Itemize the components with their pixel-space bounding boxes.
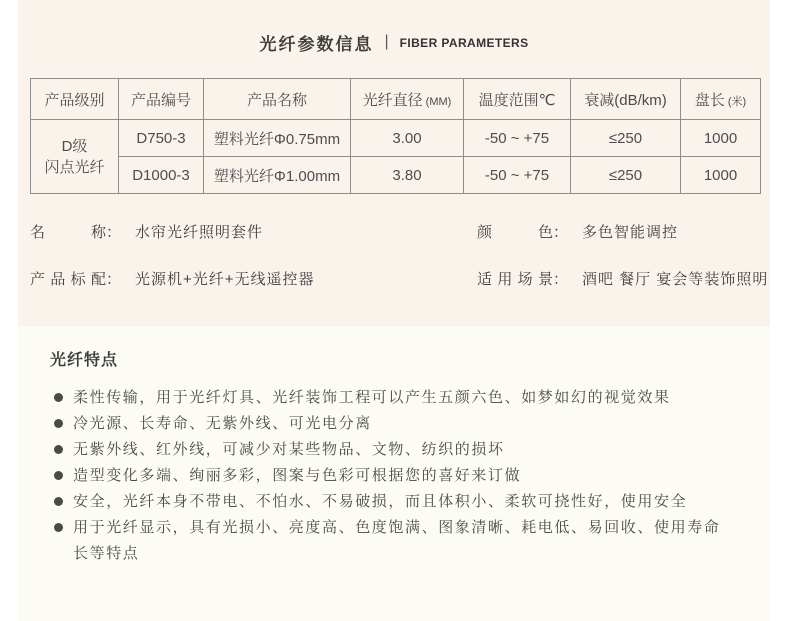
- info-scene: 适用场景：酒吧 餐厅 宴会等装饰照明: [477, 268, 770, 289]
- features-section: 光纤特点 柔性传输，用于光纤灯具、光纤装饰工程可以产生五颜六色、如梦如幻的视觉效…: [18, 326, 770, 621]
- col-header-label: 光纤直径: [363, 92, 423, 109]
- feature-item: 用于光纤显示，具有光损小、亮度高、色度饱满、图象清晰、耗电低、易回收、使用寿命长…: [50, 515, 730, 567]
- grade-line-1: D级: [31, 136, 118, 157]
- info-bundle-value: 光源机+光纤+无线遥控器: [135, 271, 315, 288]
- colon: ：: [106, 224, 121, 241]
- feature-item: 柔性传输，用于光纤灯具、光纤装饰工程可以产生五颜六色、如梦如幻的视觉效果: [50, 385, 730, 411]
- cell-temperature: -50 ~ +75: [464, 120, 571, 157]
- bullet-icon: [54, 523, 63, 532]
- bullet-icon: [54, 445, 63, 454]
- feature-text: 无紫外线、红外线，可减少对某些物品、文物、纺织的损坏: [73, 437, 505, 463]
- page-title: 光纤参数信息: [259, 30, 373, 55]
- info-color: 颜色：多色智能调控: [477, 221, 770, 242]
- cell-model: D1000-3: [119, 157, 204, 194]
- col-header-label: 盘长: [695, 92, 725, 109]
- col-header-unit: (米): [728, 96, 746, 108]
- cell-temperature: -50 ~ +75: [464, 157, 571, 194]
- features-list: 柔性传输，用于光纤灯具、光纤装饰工程可以产生五颜六色、如梦如幻的视觉效果 冷光源…: [50, 385, 730, 567]
- col-header-label: 衰减(dB/km): [584, 92, 667, 109]
- features-title: 光纤特点: [50, 347, 730, 370]
- page-header: 光纤参数信息 | FIBER PARAMETERS: [18, 0, 770, 55]
- info-name-value: 水帘光纤照明套件: [135, 224, 263, 241]
- col-header-label: 温度范围℃: [479, 92, 556, 109]
- bullet-icon: [54, 393, 63, 402]
- colon: ：: [553, 271, 568, 288]
- cell-attenuation: ≤250: [571, 120, 681, 157]
- info-scene-value: 酒吧 餐厅 宴会等装饰照明: [582, 271, 768, 288]
- cell-length: 1000: [681, 157, 761, 194]
- info-bundle-label: 产品标配: [30, 268, 106, 289]
- col-header-name: 产品名称: [204, 79, 351, 120]
- feature-item: 无紫外线、红外线，可减少对某些物品、文物、纺织的损坏: [50, 437, 730, 463]
- spec-block: 光纤参数信息 | FIBER PARAMETERS 产品级别 产品编号 产品名称…: [18, 0, 770, 326]
- info-color-value: 多色智能调控: [582, 224, 678, 241]
- product-info: 名称：水帘光纤照明套件 颜色：多色智能调控 产品标配：光源机+光纤+无线遥控器 …: [30, 221, 770, 289]
- cell-diameter: 3.80: [351, 157, 464, 194]
- page-title-en: FIBER PARAMETERS: [400, 36, 529, 50]
- col-header-attenuation: 衰减(dB/km): [571, 79, 681, 120]
- grade-line-2: 闪点光纤: [31, 157, 118, 178]
- table-header-row: 产品级别 产品编号 产品名称 光纤直径(MM) 温度范围℃ 衰减(dB/km) …: [31, 79, 761, 120]
- table-row: D1000-3 塑料光纤Φ1.00mm 3.80 -50 ~ +75 ≤250 …: [31, 157, 761, 194]
- feature-item: 造型变化多端、绚丽多彩，图案与色彩可根据您的喜好来订做: [50, 463, 730, 489]
- grade-cell: D级 闪点光纤: [31, 120, 119, 194]
- product-sheet: 光纤参数信息 | FIBER PARAMETERS 产品级别 产品编号 产品名称…: [18, 0, 770, 621]
- col-header-model: 产品编号: [119, 79, 204, 120]
- col-header-temperature: 温度范围℃: [464, 79, 571, 120]
- feature-text: 柔性传输，用于光纤灯具、光纤装饰工程可以产生五颜六色、如梦如幻的视觉效果: [73, 385, 671, 411]
- cell-model: D750-3: [119, 120, 204, 157]
- feature-item: 安全，光纤本身不带电、不怕水、不易破损，而且体积小、柔软可挠性好，使用安全: [50, 489, 730, 515]
- cell-diameter: 3.00: [351, 120, 464, 157]
- cell-name: 塑料光纤Φ1.00mm: [204, 157, 351, 194]
- col-header-grade: 产品级别: [31, 79, 119, 120]
- col-header-label: 产品名称: [247, 92, 307, 109]
- feature-item: 冷光源、长寿命、无紫外线、可光电分离: [50, 411, 730, 437]
- bullet-icon: [54, 419, 63, 428]
- info-bundle: 产品标配：光源机+光纤+无线遥控器: [30, 268, 477, 289]
- info-name: 名称：水帘光纤照明套件: [30, 221, 477, 242]
- bullet-icon: [54, 497, 63, 506]
- col-header-label: 产品编号: [131, 92, 191, 109]
- info-name-label: 名称: [30, 221, 106, 242]
- feature-text: 安全，光纤本身不带电、不怕水、不易破损，而且体积小、柔软可挠性好，使用安全: [73, 489, 687, 515]
- feature-text: 冷光源、长寿命、无紫外线、可光电分离: [73, 411, 372, 437]
- col-header-length: 盘长(米): [681, 79, 761, 120]
- col-header-unit: (MM): [426, 96, 452, 108]
- table-row: D级 闪点光纤 D750-3 塑料光纤Φ0.75mm 3.00 -50 ~ +7…: [31, 120, 761, 157]
- info-scene-label: 适用场景: [477, 268, 553, 289]
- bullet-icon: [54, 471, 63, 480]
- feature-text: 用于光纤显示，具有光损小、亮度高、色度饱满、图象清晰、耗电低、易回收、使用寿命长…: [73, 515, 730, 567]
- fiber-parameters-table: 产品级别 产品编号 产品名称 光纤直径(MM) 温度范围℃ 衰减(dB/km) …: [30, 78, 761, 194]
- info-color-label: 颜色: [477, 221, 553, 242]
- feature-text: 造型变化多端、绚丽多彩，图案与色彩可根据您的喜好来订做: [73, 463, 521, 489]
- cell-attenuation: ≤250: [571, 157, 681, 194]
- col-header-label: 产品级别: [44, 92, 104, 109]
- colon: ：: [106, 271, 121, 288]
- title-divider: |: [384, 33, 388, 51]
- col-header-diameter: 光纤直径(MM): [351, 79, 464, 120]
- cell-name: 塑料光纤Φ0.75mm: [204, 120, 351, 157]
- colon: ：: [553, 224, 568, 241]
- cell-length: 1000: [681, 120, 761, 157]
